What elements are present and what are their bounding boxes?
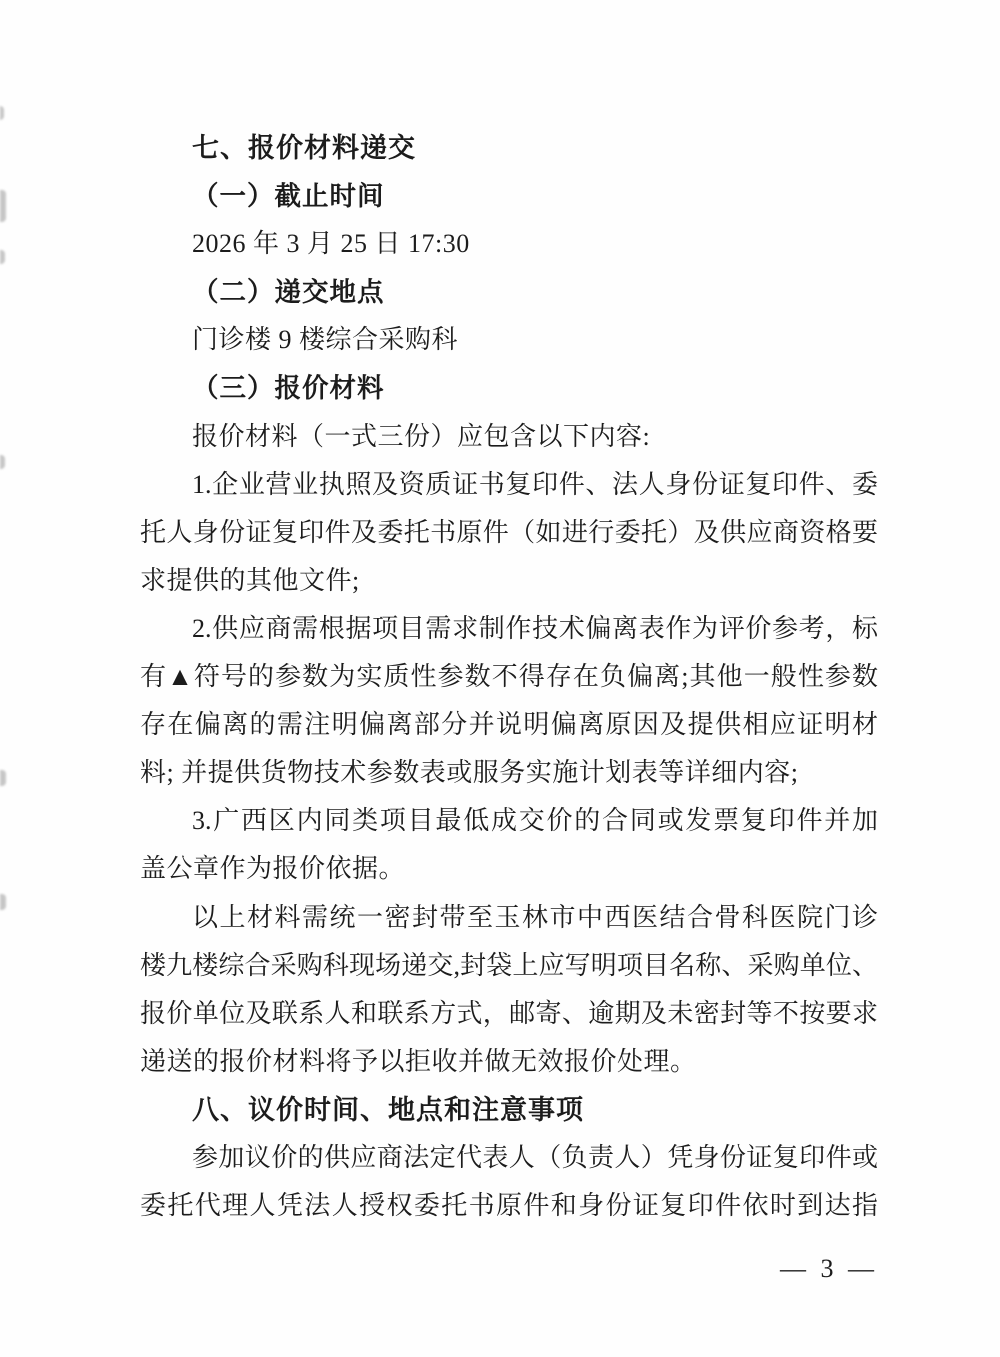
document-line: 参加议价的供应商法定代表人（负责人）凭身份证复印件或 [140,1134,878,1182]
document-line: 料; 并提供货物技术参数表或服务实施计划表等详细内容; [140,749,878,797]
document-line: 托人身份证复印件及委托书原件（如进行委托）及供应商资格要 [140,509,878,557]
scan-artifact [0,250,5,264]
document-line: （一）截止时间 [140,172,878,220]
document-line: 2.供应商需根据项目需求制作技术偏离表作为评价参考，标 [140,605,878,653]
document-line: 存在偏离的需注明偏离部分并说明偏离原因及提供相应证明材 [140,701,878,749]
page-number: — 3 — [780,1254,878,1284]
document-line: 门诊楼 9 楼综合采购科 [140,316,878,364]
document-line: 报价单位及联系人和联系方式，邮寄、逾期及未密封等不按要求 [140,990,878,1038]
scan-artifact [0,894,6,910]
document-line: 盖公章作为报价依据。 [140,845,878,893]
scan-artifact [0,455,5,469]
document-line: 委托代理人凭法人授权委托书原件和身份证复印件依时到达指 [140,1182,878,1230]
document-line: 八、议价时间、地点和注意事项 [140,1086,878,1134]
document-line: 楼九楼综合采购科现场递交,封袋上应写明项目名称、采购单位、 [140,942,878,990]
document-line: （二）递交地点 [140,268,878,316]
scan-artifact [0,190,6,222]
document-line: 求提供的其他文件; [140,557,878,605]
document-line: 2026 年 3 月 25 日 17:30 [140,220,878,268]
document-line: 七、报价材料递交 [140,124,878,172]
document-body: 七、报价材料递交（一）截止时间2026 年 3 月 25 日 17:30（二）递… [140,124,878,1230]
document-line: 递送的报价材料将予以拒收并做无效报价处理。 [140,1038,878,1086]
document-line: 报价材料（一式三份）应包含以下内容: [140,413,878,461]
document-line: 1.企业营业执照及资质证书复印件、法人身份证复印件、委 [140,461,878,509]
document-line: 3.广西区内同类项目最低成交价的合同或发票复印件并加 [140,797,878,845]
document-line: 有▲符号的参数为实质性参数不得存在负偏离;其他一般性参数 [140,653,878,701]
document-page: 七、报价材料递交（一）截止时间2026 年 3 月 25 日 17:30（二）递… [0,0,1000,1357]
document-line: （三）报价材料 [140,364,878,412]
scan-artifact [0,770,6,786]
document-line: 以上材料需统一密封带至玉林市中西医结合骨科医院门诊 [140,894,878,942]
scan-artifact [0,106,4,120]
